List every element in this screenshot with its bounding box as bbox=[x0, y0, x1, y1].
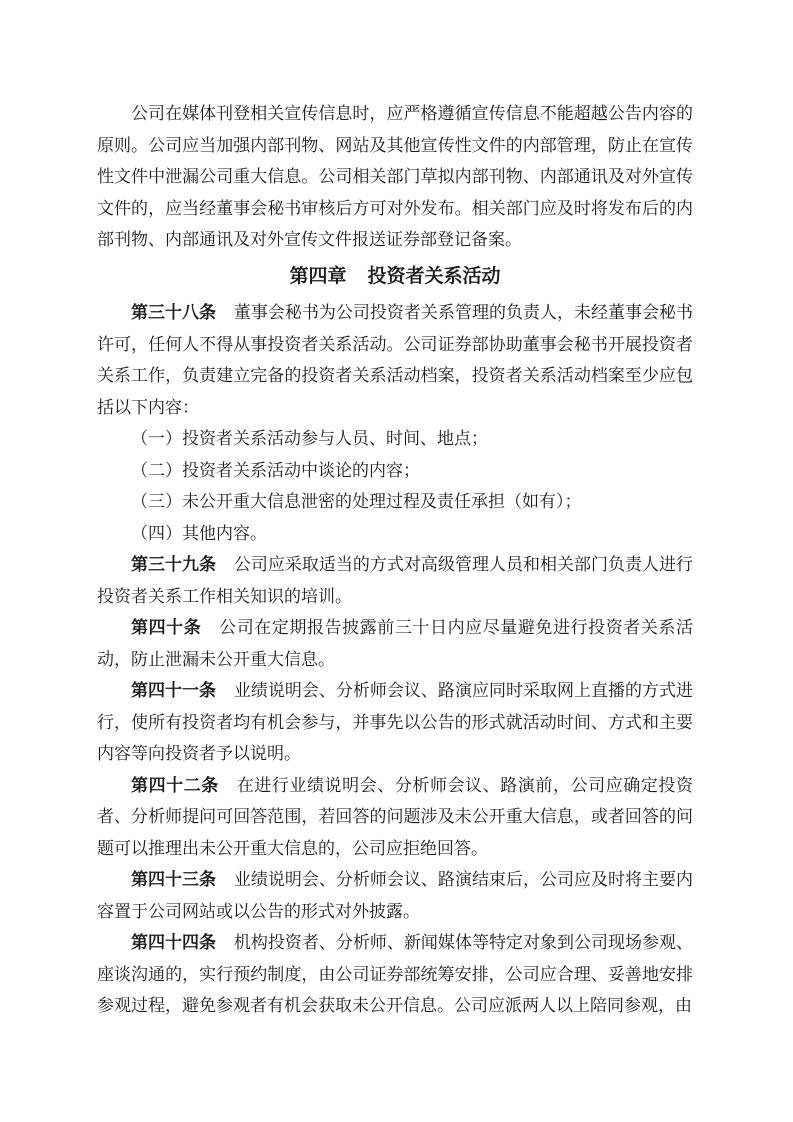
article-paragraph-38: 第三十八条董事会秘书为公司投资者关系管理的负责人，未经董事会秘书许可，任何人不得… bbox=[97, 297, 693, 423]
article-38-list-item-4: （四）其他内容。 bbox=[97, 518, 693, 550]
article-paragraph-40: 第四十条公司在定期报告披露前三十日内应尽量避免进行投资者关系活动，防止泄漏未公开… bbox=[97, 612, 693, 675]
article-38-list-item-3: （三）未公开重大信息泄密的处理过程及责任承担（如有）； bbox=[97, 486, 693, 518]
article-number: 第四十三条 bbox=[131, 870, 216, 889]
intro-paragraph: 公司在媒体刊登相关宣传信息时，应严格遵循宣传信息不能超越公告内容的原则。公司应当… bbox=[97, 98, 693, 256]
article-number: 第四十二条 bbox=[131, 776, 219, 795]
article-paragraph-39: 第三十九条公司应采取适当的方式对高级管理人员和相关部门负责人进行投资者关系工作相… bbox=[97, 549, 693, 612]
article-paragraph-44: 第四十四条机构投资者、分析师、新闻媒体等特定对象到公司现场参观、座谈沟通的，实行… bbox=[97, 927, 693, 1022]
document-body: 公司在媒体刊登相关宣传信息时，应严格遵循宣传信息不能超越公告内容的原则。公司应当… bbox=[97, 98, 693, 1022]
article-number: 第四十条 bbox=[131, 618, 201, 637]
article-38-list-item-2: （二）投资者关系活动中谈论的内容； bbox=[97, 455, 693, 487]
chapter-title: 投资者关系活动 bbox=[367, 266, 500, 287]
article-number: 第四十四条 bbox=[131, 933, 216, 952]
article-38-list-item-1: （一）投资者关系活动参与人员、时间、地点； bbox=[97, 423, 693, 455]
chapter-heading: 第四章投资者关系活动 bbox=[97, 261, 693, 293]
article-number: 第三十八条 bbox=[131, 303, 216, 322]
article-number: 第四十一条 bbox=[131, 681, 216, 700]
article-number: 第三十九条 bbox=[131, 555, 216, 574]
document-page: 公司在媒体刊登相关宣传信息时，应严格遵循宣传信息不能超越公告内容的原则。公司应当… bbox=[0, 0, 793, 1122]
article-paragraph-42: 第四十二条在进行业绩说明会、分析师会议、路演前，公司应确定投资者、分析师提问可回… bbox=[97, 770, 693, 865]
article-paragraph-41: 第四十一条业绩说明会、分析师会议、路演应同时采取网上直播的方式进行，使所有投资者… bbox=[97, 675, 693, 770]
article-paragraph-43: 第四十三条业绩说明会、分析师会议、路演结束后，公司应及时将主要内容置于公司网站或… bbox=[97, 864, 693, 927]
chapter-number: 第四章 bbox=[290, 266, 347, 287]
